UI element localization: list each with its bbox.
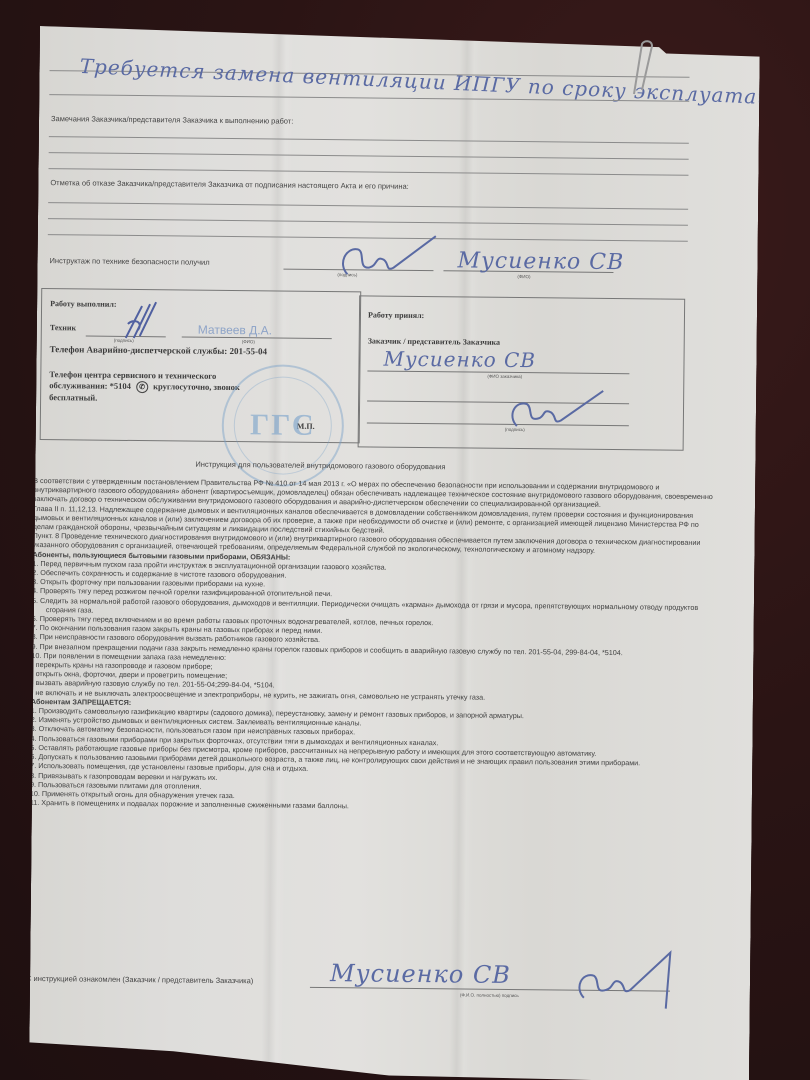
instruction-body: В соответствии с утвержденным постановле… (30, 476, 713, 814)
service-hours: круглосуточно, звонок (153, 381, 240, 392)
technician-signature (120, 298, 170, 345)
customer-signature (499, 386, 620, 437)
accepted-label: Работу принял: (368, 310, 424, 320)
gas-smell-list: - перекрыть краны на газопроводе и газов… (31, 660, 711, 704)
customer-label: Заказчик / представитель Заказчика (368, 336, 500, 346)
emergency-phone: Телефон Аварийно-диспетчерской службы: 2… (50, 344, 267, 356)
ruled-line (49, 168, 689, 176)
ruled-line (49, 136, 689, 144)
acknowledged-signature (570, 948, 681, 1019)
phone-icon: ✆ (136, 381, 148, 393)
ruled-line (49, 152, 689, 160)
service-phone-number: обслуживания: *5104 (49, 380, 131, 391)
service-phone-block: Телефон центра сервисного и технического… (49, 369, 240, 405)
prohibited-list: 1. Производить самовольную газификацию к… (30, 706, 711, 814)
ruled-line (48, 218, 688, 226)
remarks-label: Замечания Заказчика/представителя Заказч… (51, 114, 293, 126)
obliged-list: 1. Перед первичным пуском газа пройти ин… (31, 559, 712, 667)
service-phone-line: бесплатный. (49, 392, 240, 405)
accepted-work-box: Работу принял: Заказчик / представитель … (358, 295, 686, 450)
instruction-title: Инструкция для пользователей внутридомов… (195, 460, 445, 472)
caption-name: (ФИО) (517, 274, 530, 279)
acknowledged-name: Мусиенко СВ (330, 959, 511, 989)
technician-name: Матвеев Д.А. (198, 323, 272, 338)
safety-handwritten-name: Мусиенко СВ (457, 248, 624, 275)
caption-name: (ФИО) (242, 339, 255, 344)
refusal-label: Отметка об отказе Заказчика/представител… (50, 178, 408, 191)
acknowledged-caption: (Ф.И.О. полностью) подпись (460, 992, 519, 998)
performed-label: Работу выполнил: (50, 299, 117, 309)
caption-name: (ФИО заказчика) (487, 374, 522, 379)
safety-label: Инструктаж по технике безопасности получ… (49, 256, 209, 267)
paperclip-icon (630, 40, 656, 96)
technician-label: Техник (50, 323, 76, 332)
acknowledged-label: С инструкцией ознакомлен (Заказчик / пре… (26, 974, 253, 985)
signature-mark (327, 229, 448, 290)
ruled-line (48, 202, 688, 210)
customer-name: Мусиенко СВ (383, 347, 536, 373)
document-page: Требуется замена вентиляции ИПГУ по срок… (29, 26, 760, 1080)
handwritten-note: Требуется замена вентиляции ИПГУ по срок… (79, 54, 800, 111)
stamp-text: ГГС (224, 408, 342, 443)
